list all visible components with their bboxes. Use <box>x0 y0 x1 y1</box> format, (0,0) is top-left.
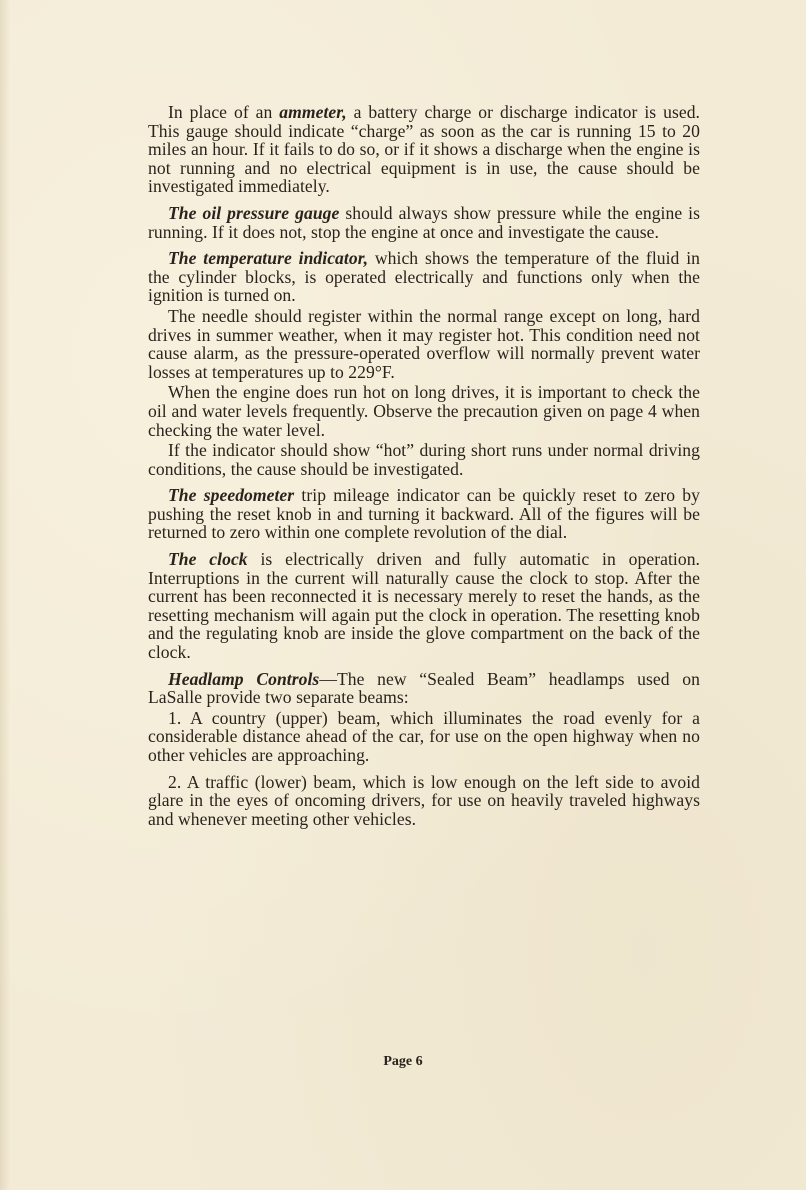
paragraph-text: When the engine does run hot on long dri… <box>148 382 700 439</box>
paragraph-headlamp-controls: Headlamp Controls—The new “Sealed Beam” … <box>148 670 700 707</box>
list-item-traffic-beam: 2. A traffic (lower) beam, which is low … <box>148 773 700 829</box>
paragraph-text: 2. A traffic (lower) beam, which is low … <box>148 772 700 829</box>
paragraph-run-hot: When the engine does run hot on long dri… <box>148 383 700 439</box>
paragraph-needle-range: The needle should register within the no… <box>148 307 700 381</box>
paragraph-oil-pressure-gauge: The oil pressure gauge should always sho… <box>148 204 700 241</box>
paragraph-temperature-indicator: The temperature indicator, which shows t… <box>148 249 700 305</box>
page-number: Page 6 <box>0 1054 806 1070</box>
document-page: In place of an ammeter, a battery charge… <box>148 103 700 836</box>
oil-pressure-gauge-heading: The oil pressure gauge <box>168 203 339 223</box>
paragraph-text: The needle should register within the no… <box>148 306 700 382</box>
ammeter-term: ammeter, <box>279 102 346 122</box>
temperature-indicator-heading: The temperature indicator, <box>168 248 368 268</box>
paragraph-text: In place of an <box>168 102 279 122</box>
paragraph-short-runs: If the indicator should show “hot” durin… <box>148 441 700 478</box>
page-spine-shadow <box>0 0 10 1190</box>
list-item-country-beam: 1. A country (upper) beam, which illumin… <box>148 709 700 765</box>
speedometer-heading: The speedometer <box>168 485 294 505</box>
headlamp-controls-heading: Headlamp Controls <box>168 669 319 689</box>
paragraph-text: 1. A country (upper) beam, which illumin… <box>148 708 700 765</box>
paragraph-text: If the indicator should show “hot” durin… <box>148 440 700 479</box>
clock-heading: The clock <box>168 549 248 569</box>
paragraph-speedometer: The speedometer trip mileage indicator c… <box>148 486 700 542</box>
paragraph-ammeter: In place of an ammeter, a battery charge… <box>148 103 700 196</box>
paragraph-clock: The clock is electrically driven and ful… <box>148 550 700 662</box>
